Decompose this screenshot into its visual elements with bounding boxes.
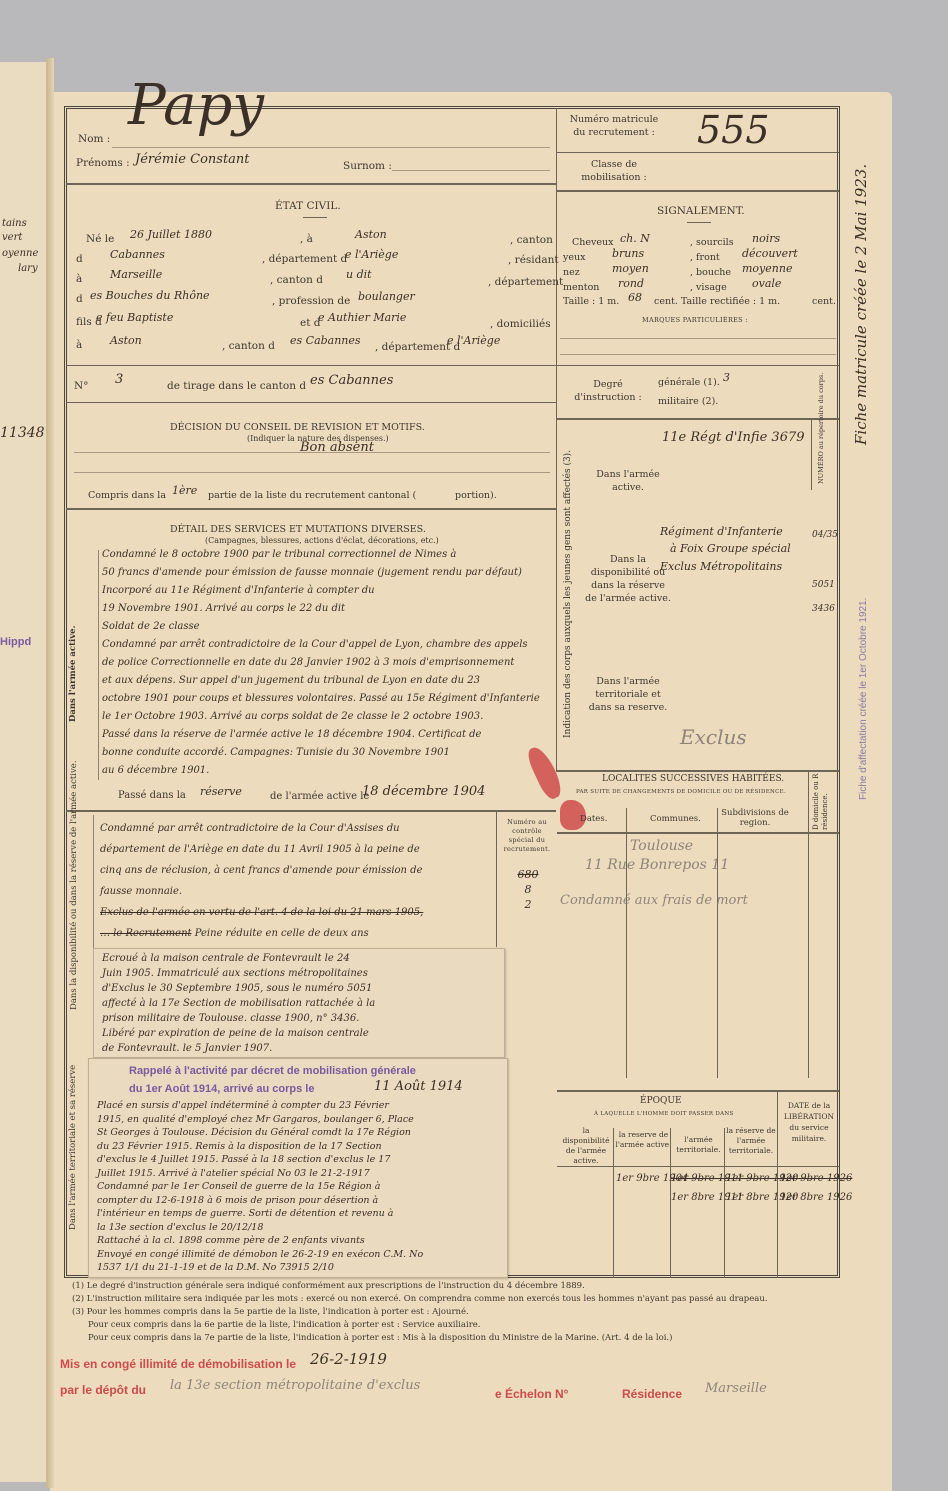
depot-stamp: par le dépôt du <box>60 1383 146 1397</box>
date-liberation-label: DATE de la LIBÉRATION du service militai… <box>780 1100 838 1144</box>
rule <box>560 354 836 355</box>
conge-date: 26-2-1919 <box>310 1350 387 1368</box>
domicile-value: Aston <box>110 334 142 347</box>
d2-label: d <box>76 293 83 305</box>
mobilisation-stamp-1: Rappelé à l'activité par décret de mobil… <box>129 1065 416 1077</box>
rule <box>557 152 839 153</box>
taille-rect-label: cent. Taille rectifiée : 1 m. <box>654 296 780 307</box>
rule <box>303 217 327 218</box>
prev-page-stamp: Hippd <box>0 636 31 648</box>
footnote: (2) L'instruction militaire sera indiqué… <box>72 1293 832 1306</box>
prenoms-label: Prénoms : <box>76 157 130 169</box>
rule <box>557 418 839 420</box>
column-divider <box>670 1128 671 1278</box>
generale-value: 3 <box>723 371 730 384</box>
mobilisation-line: la 13e section d'exclus le 20/12/18 <box>97 1221 507 1235</box>
rule <box>66 183 556 185</box>
column-divider <box>808 772 809 1078</box>
mobilisation-line: d'exclus le 4 Juillet 1915. Passé à la 1… <box>97 1153 507 1167</box>
rule <box>557 1090 839 1092</box>
reserve-line: fausse monnaie. <box>100 881 495 902</box>
pere-value: e feu Baptiste <box>96 311 173 324</box>
rule <box>66 365 556 366</box>
service-line: 19 Novembre 1901. Arrivé au corps le 22 … <box>102 600 542 618</box>
service-line: et aux dépens. Sur appel d'un jugement d… <box>102 672 542 690</box>
footnote: Pour ceux compris dans la 7e partie de l… <box>72 1332 832 1345</box>
canton-value: Cabannes <box>110 248 165 261</box>
visage-value: ovale <box>752 277 781 290</box>
dispo-number: 5051 <box>812 580 835 590</box>
service-line: Condamné par arrêt contradictoire de la … <box>102 636 542 654</box>
rule <box>66 508 556 510</box>
prev-page-fragment: oyenne <box>2 248 38 259</box>
service-line: bonne conduite accordé. Campagnes: Tunis… <box>102 744 542 762</box>
compris-label: Compris dans la <box>88 490 166 501</box>
militaire-label: militaire (2). <box>658 396 718 407</box>
dispo-number: 3436 <box>812 604 835 614</box>
epoque-col: l'armée territoriale. <box>672 1135 725 1155</box>
classe-label: Classe de mobilisation : <box>566 158 662 184</box>
compris-text: partie de la liste du recrutement canton… <box>208 490 416 501</box>
epoque-col: la reserve de l'armée active. <box>615 1130 672 1150</box>
nom-label: Nom : <box>78 133 110 145</box>
nez-label: nez <box>563 267 580 278</box>
epoque-date: 1er 9bre 1926 <box>780 1173 852 1184</box>
mobilisation-line: compter du 12-6-1918 à 6 mois de prison … <box>97 1194 507 1208</box>
profession-label: , profession de <box>272 295 350 307</box>
passe-label: Passé dans la <box>118 790 186 801</box>
rule <box>687 222 711 223</box>
domicilies-label: , domiciliés <box>490 318 551 330</box>
service-line: Soldat de 2e classe <box>102 618 542 636</box>
a-label: , à <box>300 233 313 245</box>
column-divider <box>717 808 718 1078</box>
localite-entry: Toulouse <box>630 838 693 854</box>
reserve-side-label: Dans la disponibilité ou dans la réserve… <box>68 760 80 1010</box>
menton-value: rond <box>618 277 644 290</box>
mobilisation-line: l'intérieur en temps de guerre. Sorti de… <box>97 1207 507 1221</box>
rule <box>74 452 550 453</box>
dispo-line: Exclus Métropolitains <box>660 560 782 573</box>
bracket <box>98 550 99 780</box>
column-divider <box>496 812 497 947</box>
profession-value: boulanger <box>358 290 415 303</box>
tirage-no-label: N° <box>74 380 88 392</box>
service-line: de police Correctionnelle en date du 28 … <box>102 654 542 672</box>
departement-label: , département d <box>262 253 347 265</box>
rule <box>557 1166 839 1167</box>
departement3-value: e l'Ariège <box>447 334 500 347</box>
surnom-field <box>392 170 550 171</box>
localite-entry: 11 Rue Bonrepos 11 <box>585 857 729 873</box>
services-entries: Condamné le 8 octobre 1900 par le tribun… <box>102 546 542 780</box>
mobilisation-line: Envoyé en congé illimité de démobon le 2… <box>97 1248 507 1262</box>
rule <box>557 832 839 834</box>
mere-value: e Authier Marie <box>318 311 406 324</box>
territoriale-label: Dans l'armée territoriale et dans sa res… <box>585 675 671 714</box>
rule <box>560 338 836 339</box>
canton2-value: u dit <box>346 268 372 281</box>
reserve-line: cinq ans de réclusion, à cent francs d'a… <box>100 860 495 881</box>
prev-page-fragment: lary <box>18 263 38 274</box>
service-line: le 1er Octobre 1903. Arrivé au corps sol… <box>102 708 542 726</box>
matricule-label: Numéro matricule du recrutement : <box>566 113 662 139</box>
matricule-value: 555 <box>697 110 770 150</box>
struck-line: Exclus de l'armée en vertu de l'art. 4 d… <box>100 902 495 923</box>
pasted-line: affecté à la 17e Section de mobilisation… <box>102 996 502 1011</box>
rule <box>112 147 550 148</box>
reserve-line: Condamné par arrêt contradictoire de la … <box>100 818 495 839</box>
epoque-title: ÉPOQUE <box>640 1096 682 1106</box>
active-label: Dans l'armée active. <box>588 468 668 494</box>
front-value: découvert <box>742 247 798 260</box>
cheveux-label: Cheveux <box>572 237 613 248</box>
departement2-value: es Bouches du Rhône <box>90 289 210 302</box>
sourcils-value: noirs <box>752 232 780 245</box>
column-divider <box>626 808 627 1078</box>
mobilisation-line: Juillet 1915. Arrivé à l'atelier spécial… <box>97 1167 507 1181</box>
menton-label: menton <box>563 282 599 293</box>
footnotes: (1) Le degré d'instruction générale sera… <box>72 1280 832 1345</box>
pasted-line: de Fontevrault. le 5 Janvier 1907. <box>102 1041 502 1056</box>
etat-civil-title: ÉTAT CIVIL. <box>275 200 341 212</box>
col-dates: Dates. <box>580 814 607 824</box>
departement2-label: , département <box>488 276 563 288</box>
canton3-value: es Cabannes <box>290 334 361 347</box>
previous-page-edge <box>0 62 50 1482</box>
localites-subtitle: PAR SUITE DE CHANGEMENTS DE DOMICILE OU … <box>576 789 786 795</box>
compris-portion: portion). <box>455 490 497 501</box>
services-side-label: Dans l'armée active. <box>68 625 78 722</box>
cent-label: cent. <box>812 296 836 307</box>
corps-side-label: Indication des corps auxquels les jeunes… <box>563 450 573 738</box>
signalement-title: SIGNALEMENT. <box>657 205 745 217</box>
arrive-date: 11 Août 1914 <box>374 1079 463 1094</box>
footnote: Pour ceux compris dans la 6e partie de l… <box>72 1319 832 1332</box>
prev-page-fragment: vert <box>2 232 22 243</box>
reserve-line: Peine réduite en celle de deux ans <box>195 928 369 939</box>
rule <box>66 402 556 403</box>
depot-value: la 13e section métropolitaine d'exclus <box>170 1378 420 1393</box>
service-line: Passé dans la réserve de l'armée active … <box>102 726 542 744</box>
tirage-text: de tirage dans le canton d <box>167 380 306 392</box>
col-subdiv: Subdivisions de region. <box>720 808 790 828</box>
column-divider <box>777 1092 778 1278</box>
surnom-label: Surnom : <box>343 160 392 172</box>
mobilisation-line: 1537 1/1 du 21-1-19 et de la D.M. No 739… <box>97 1261 507 1275</box>
fiche-matricule-note: Fiche matricule créée le 2 Mai 1923. <box>852 164 870 445</box>
controle-label: Numéro au contrôle spécial du recrutemen… <box>500 818 554 854</box>
col-dr: D domicile ou R résidence. <box>812 760 830 830</box>
footnote: (1) Le degré d'instruction générale sera… <box>72 1280 832 1293</box>
column-divider <box>613 1128 614 1278</box>
localite-entry: Condamné aux frais de mort <box>560 893 748 908</box>
mobilisation-line: Rattaché à la cl. 1898 comme père de 2 e… <box>97 1234 507 1248</box>
departement-value: e l'Ariège <box>345 248 398 261</box>
dispo-label: Dans la disponibilité ou dans la réserve… <box>585 553 671 605</box>
reserve-line: département de l'Ariège en date du 11 Av… <box>100 839 495 860</box>
tirage-canton: es Cabannes <box>310 373 393 388</box>
services-subtitle: (Campagnes, blessures, actions d'éclat, … <box>205 536 439 545</box>
yeux-label: yeux <box>563 252 585 263</box>
col-communes: Communes. <box>650 814 701 824</box>
struck-line: … le Recrutement <box>100 928 192 939</box>
mobilisation-entries: Placé en sursis d'appel indéterminé à co… <box>97 1099 507 1275</box>
canton-label: , canton <box>510 234 553 246</box>
d-label: d <box>76 253 83 265</box>
dispo-line: à Foix Groupe spécial <box>670 542 791 555</box>
conge-stamp: Mis en congé illimité de démobilisation … <box>60 1357 296 1371</box>
column-divider <box>724 1128 725 1278</box>
nom-value: Papy <box>128 76 264 136</box>
pasted-entries: Ecroué à la maison centrale de Fontevrau… <box>102 951 502 1056</box>
column-divider <box>556 108 557 772</box>
prev-page-number: 11348 <box>0 425 45 441</box>
dispo-number: 04/35 <box>812 530 838 540</box>
epoque-col: la réserve de l'armée territoriale. <box>725 1126 777 1156</box>
rule <box>557 365 839 366</box>
canton3-label: , canton d <box>222 340 275 352</box>
service-line: octobre 1901 pour coups et blessures vol… <box>102 690 542 708</box>
active-value: 11e Régt d'Infie 3679 <box>662 430 805 445</box>
mobilisation-line: St Georges à Toulouse. Décision du Génér… <box>97 1126 507 1140</box>
service-line: Condamné le 8 octobre 1900 par le tribun… <box>102 546 542 564</box>
pasted-slip: Ecroué à la maison centrale de Fontevrau… <box>93 948 505 1058</box>
residant-label: , résidant <box>508 254 559 266</box>
mobilisation-line: Condamné par le 1er Conseil de guerre de… <box>97 1180 507 1194</box>
prenoms-value: Jérémie Constant <box>135 152 250 167</box>
mobilisation-slip: Rappelé à l'activité par décret de mobil… <box>88 1058 508 1278</box>
localites-title: LOCALITES SUCCESSIVES HABITÉES. <box>602 774 784 784</box>
pasted-line: Ecroué à la maison centrale de Fontevrau… <box>102 951 502 966</box>
numero-repertoire-label: NUMÉRO au répertoire du corps. <box>817 373 825 484</box>
column-divider <box>811 420 812 490</box>
residence-value: Marseille <box>110 268 162 281</box>
residence-value: Marseille <box>705 1381 767 1396</box>
service-line: Incorporé au 11e Régiment d'Infanterie à… <box>102 582 542 600</box>
mobilisation-line: Placé en sursis d'appel indéterminé à co… <box>97 1099 507 1113</box>
generale-label: générale (1). <box>658 377 720 388</box>
service-line: 50 francs d'amende pour émission de faus… <box>102 564 542 582</box>
pasted-line: Libéré par expiration de peine de la mai… <box>102 1026 502 1041</box>
cheveux-value: ch. N <box>620 232 650 245</box>
mobilisation-stamp-2: du 1er Août 1914, arrivé au corps le <box>129 1083 314 1095</box>
bouche-label: , bouche <box>690 267 731 278</box>
reserve-entries: Condamné par arrêt contradictoire de la … <box>100 818 495 965</box>
rule <box>74 472 550 473</box>
sourcils-label: , sourcils <box>690 237 734 248</box>
controle-value: 2 <box>508 898 548 911</box>
taille-value: 68 <box>628 291 642 304</box>
mobilisation-line: du 23 Février 1915. Remis à la dispositi… <box>97 1140 507 1154</box>
rule <box>66 810 556 812</box>
prev-page-fragment: tains <box>2 218 27 229</box>
taille-label: Taille : 1 m. <box>563 296 619 307</box>
book-spine <box>46 58 54 1488</box>
canton2-label: , canton d <box>270 274 323 286</box>
yeux-value: bruns <box>612 247 644 260</box>
mobilisation-line: 1915, en qualité d'employé chez Mr Garga… <box>97 1113 507 1127</box>
ne-le-label: Né le <box>86 233 114 245</box>
services-title: DÉTAIL DES SERVICES ET MUTATIONS DIVERSE… <box>170 524 426 535</box>
decision-title: DÉCISION DU CONSEIL DE REVISION ET MOTIF… <box>170 422 425 433</box>
pasted-line: prison militaire de Toulouse. classe 190… <box>102 1011 502 1026</box>
passe-text: de l'armée active le <box>270 791 369 802</box>
controle-value: 8 <box>508 883 548 896</box>
passe-value: réserve <box>200 785 242 798</box>
compris-partie: 1ère <box>172 484 197 497</box>
pasted-line: d'Exclus le 30 Septembre 1905, sous le n… <box>102 981 502 996</box>
dispo-line: Régiment d'Infanterie <box>660 525 783 538</box>
controle-value: 680 <box>508 868 548 881</box>
bouche-value: moyenne <box>742 262 792 275</box>
epoque-date: 1er 8bre 1926 <box>780 1192 852 1203</box>
residence-stamp: Résidence <box>622 1387 682 1401</box>
pasted-line: Juin 1905. Immatriculé aux sections métr… <box>102 966 502 981</box>
tirage-numero: 3 <box>115 372 123 387</box>
rule <box>557 770 839 772</box>
visage-label: , visage <box>690 282 727 293</box>
a2-label: à <box>76 273 82 285</box>
footnote: (3) Pour les hommes compris dans la 5e p… <box>72 1306 832 1319</box>
marques-label: MARQUES PARTICULIÈRES : <box>642 316 748 324</box>
front-label: , front <box>690 252 720 263</box>
echelon-stamp: e Échelon N° <box>495 1387 568 1401</box>
rule <box>557 190 839 192</box>
a3-label: à <box>76 339 82 351</box>
ne-le-value: 26 Juillet 1880 <box>130 228 212 241</box>
territoriale-value: Exclus <box>680 725 747 749</box>
lieu-naissance: Aston <box>355 228 387 241</box>
epoque-subtitle: À LAQUELLE L'HOMME DOIT PASSER DANS <box>594 1111 734 1117</box>
nez-value: moyen <box>612 262 649 275</box>
instruction-label: Degré d'instruction : <box>568 378 648 404</box>
fiche-affectation-stamp: Fiche d'affectation créée le 1er Octobre… <box>858 598 869 800</box>
service-line: au 6 décembre 1901. <box>102 762 542 780</box>
territoriale-side-label: Dans l'armée territoriale et sa réserve <box>68 1065 78 1230</box>
passe-date: 18 décembre 1904 <box>362 784 485 799</box>
epoque-col: la disponibilité de l'armée active. <box>558 1126 614 1166</box>
